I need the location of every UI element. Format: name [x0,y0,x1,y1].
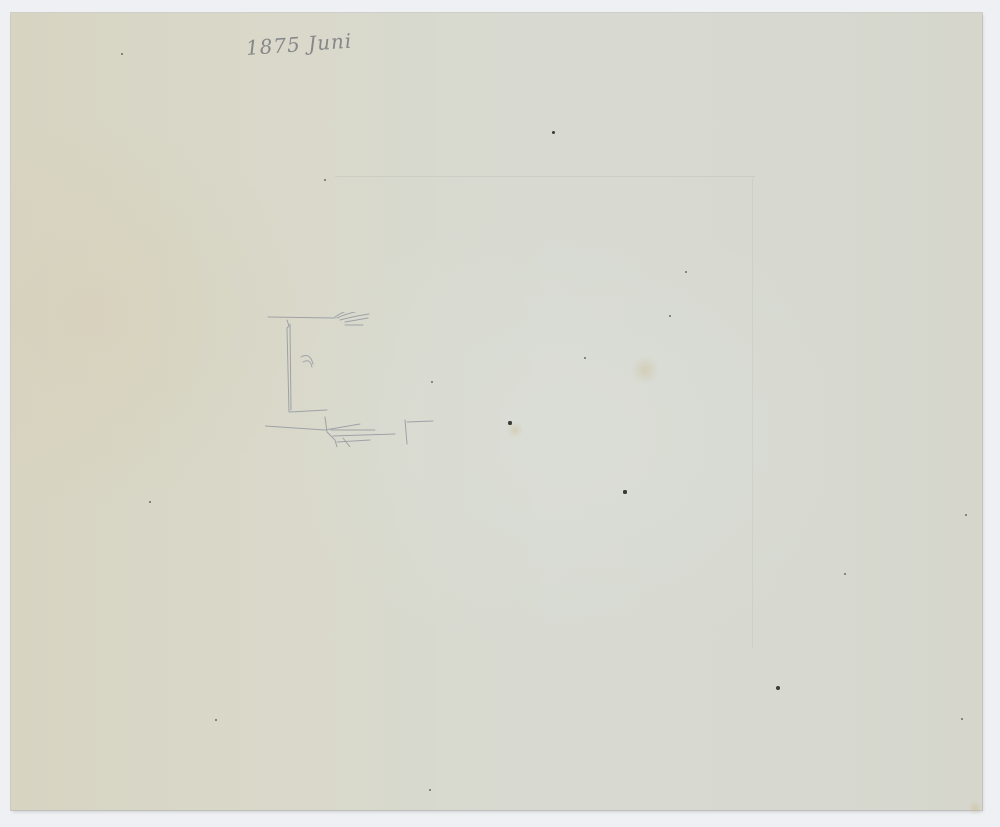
paper-speck [431,381,433,383]
paper-speck [669,315,671,317]
foxing-stain [968,801,982,815]
paper-speck [429,789,431,791]
pencil-sketch [265,312,440,447]
paper-speck [623,490,626,493]
paper-speck [776,686,780,690]
paper-speck [121,53,123,55]
plate-impression-top-edge [335,176,755,177]
paper-speck [324,179,326,181]
paper-speck [508,421,511,424]
plate-impression-right-edge [752,178,753,648]
paper-speck [149,501,151,503]
paper-speck [215,719,217,721]
foxing-stain [631,356,659,384]
paper-sheet [11,13,982,810]
paper-speck [552,131,555,134]
